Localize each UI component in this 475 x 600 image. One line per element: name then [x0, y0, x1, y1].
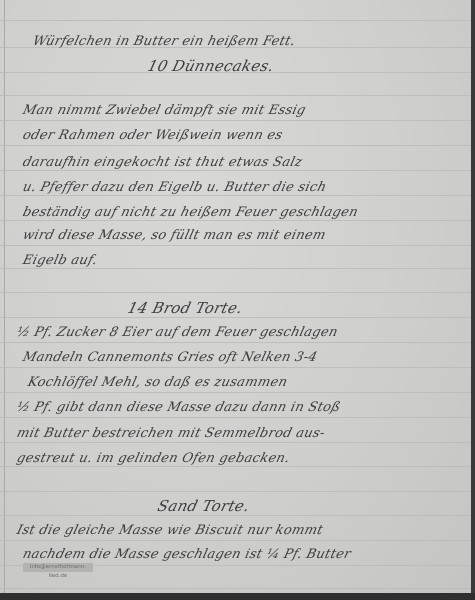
ruled-line: [0, 367, 471, 368]
scan-edge-right: [471, 0, 475, 600]
ruled-line: [0, 466, 471, 467]
text-line-15: Ist die gleiche Masse wie Biscuit nur ko…: [15, 523, 324, 538]
ruled-line: [0, 268, 471, 269]
text-line-2: Man nimmt Zwiebel dämpft sie mit Essig: [21, 103, 307, 118]
text-line-6: beständig auf nicht zu heißem Feuer gesc…: [21, 205, 360, 220]
ruled-line: [0, 491, 471, 492]
page-margin-line: [4, 0, 5, 593]
ruled-line: [0, 95, 471, 96]
ruled-line: [0, 145, 471, 146]
ruled-line: [0, 588, 471, 589]
ruled-line: [0, 342, 471, 343]
ruled-line: [0, 442, 471, 443]
text-line-1: Würfelchen in Butter ein heißem Fett.: [31, 34, 297, 49]
recipe-title-10: 10 Dünnecakes.: [146, 57, 276, 75]
recipe-title-sand-torte: Sand Torte.: [156, 497, 252, 515]
text-line-13: mit Butter bestreichen mit Semmelbrod au…: [15, 426, 326, 441]
ruled-line: [0, 540, 471, 541]
ruled-line: [0, 20, 471, 21]
ruled-line: [0, 245, 471, 246]
text-line-5: u. Pfeffer dazu den Eigelb u. Butter die…: [21, 180, 328, 195]
text-line-7: wird diese Masse, so füllt man es mit ei…: [21, 228, 327, 243]
text-line-9: ½ Pf. Zucker 8 Eier auf dem Feuer geschl…: [15, 325, 339, 340]
text-line-12: ½ Pf. gibt dann diese Masse dazu dann in…: [15, 400, 342, 415]
text-line-8: Eigelb auf.: [21, 253, 99, 268]
recipe-title-14: 14 Brod Torte.: [126, 299, 245, 317]
text-line-4: daraufhin eingekocht ist thut etwas Salz: [21, 155, 304, 170]
ruled-line: [0, 392, 471, 393]
ruled-line: [0, 120, 471, 121]
ruled-line: [0, 170, 471, 171]
watermark: info@ernsthofmann-lied.de: [23, 563, 93, 572]
text-line-14: gestreut u. im gelinden Ofen gebacken.: [15, 451, 291, 466]
text-line-11: Kochlöffel Mehl, so daß es zusammen: [26, 375, 289, 390]
text-line-3: oder Rahmen oder Weißwein wenn es: [21, 128, 284, 143]
ruled-line: [0, 317, 471, 318]
scan-edge-bottom: [0, 593, 475, 600]
text-line-10: Mandeln Cannemonts Gries oft Nelken 3-4: [21, 350, 319, 365]
document-page: Würfelchen in Butter ein heißem Fett. 10…: [0, 0, 471, 593]
ruled-line: [0, 220, 471, 221]
ruled-line: [0, 515, 471, 516]
ruled-line: [0, 417, 471, 418]
ruled-line: [0, 195, 471, 196]
text-line-16: nachdem die Masse geschlagen ist ¼ Pf. B…: [21, 547, 352, 562]
ruled-line: [0, 292, 471, 293]
